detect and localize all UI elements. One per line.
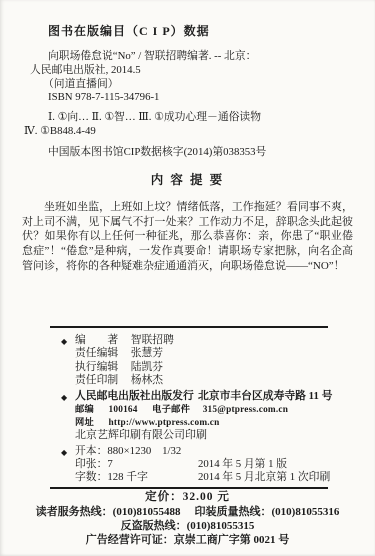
cip-header: 图书在版编目（C I P）数据 <box>48 22 210 39</box>
cip-class-line-2: Ⅳ. ①B848.4-49 <box>22 125 359 139</box>
author-value: 智联招聘 <box>131 334 174 346</box>
cip-class-line-1: Ⅰ. ①向… Ⅱ. ①智… Ⅲ. ①成功心理－通俗读物 <box>22 111 359 125</box>
colophon-box: ◆ 编 著 智联招聘 责任编辑 张慧芳 执行编辑 陆凯芬 责任印制 杨林杰 ◆ … <box>50 326 328 489</box>
diamond-bullet-icon: ◆ <box>61 335 67 348</box>
cip-series-line: （问道直播间） <box>22 78 359 92</box>
diamond-bullet-icon: ◆ <box>61 446 67 459</box>
colophon-row-sheets-edition: 印张：7 2014 年 5 月第 1 版 <box>50 458 328 471</box>
colophon-row-words-impression: 字数：128 千字 2014 年 5 月北京第 1 次印刷 <box>50 471 328 484</box>
impression-value: 2014 年 5 月北京第 1 次印刷 <box>198 471 330 484</box>
cip-title-line: 向职场倦怠说“No” / 智联招聘编著. -- 北京： <box>22 50 359 64</box>
price-line: 定价：32.00 元 <box>0 488 375 504</box>
print-supervisor-label: 责任印制 <box>75 374 119 387</box>
publisher-name: 人民邮电出版社出版发行 <box>75 390 194 402</box>
words-value: 字数：128 千字 <box>75 471 148 483</box>
website-label: 网址 <box>75 418 94 428</box>
cip-catalog-line: 中国版本图书馆CIP数据核字(2014)第038353号 <box>22 146 359 160</box>
cip-block: 向职场倦怠说“No” / 智联招聘编著. -- 北京： 人民邮电出版社, 201… <box>22 50 359 160</box>
edition-value: 2014 年 5 月第 1 版 <box>198 458 287 471</box>
colophon-row-printer: 北京艺辉印刷有限公司印刷 <box>50 429 328 443</box>
copyright-page: 图书在版编目（C I P）数据 向职场倦怠说“No” / 智联招聘编著. -- … <box>0 0 375 556</box>
advertising-license: 广告经营许可证：京崇工商广字第 0021 号 <box>0 531 375 547</box>
print-supervisor-value: 杨林杰 <box>131 374 163 386</box>
colophon-row-editor: 责任编辑 张慧芳 <box>50 347 328 360</box>
colophon-row-print-supervisor: 责任印制 杨林杰 <box>50 374 328 387</box>
exec-editor-value: 陆凯芬 <box>131 361 163 373</box>
colophon-row-format: ◆ 开本：880×1230 1/32 <box>50 445 328 459</box>
publisher-address: 北京市丰台区成寿寺路 11 号 <box>198 390 332 404</box>
exec-editor-label: 执行编辑 <box>75 361 119 374</box>
colophon-row-publisher: ◆ 人民邮电出版社出版发行 北京市丰台区成寿寺路 11 号 <box>50 390 328 404</box>
email-value: 315@ptpress.com.cn <box>203 405 288 415</box>
summary-title: 内 容 提 要 <box>0 170 375 188</box>
author-label: 编 著 <box>75 334 119 347</box>
cip-publisher-line: 人民邮电出版社, 2014.5 <box>22 64 359 78</box>
website-url: http://www.ptpress.com.cn <box>109 418 220 428</box>
diamond-bullet-icon: ◆ <box>61 391 67 404</box>
colophon-row-website: 网址 http://www.ptpress.com.cn <box>50 417 328 430</box>
postcode-label: 邮编 <box>75 405 94 415</box>
cip-isbn-line: ISBN 978-7-115-34796-1 <box>22 91 359 105</box>
postcode-value: 100164 <box>109 405 138 415</box>
colophon-row-author: ◆ 编 著 智联招聘 <box>50 334 328 347</box>
format-value: 开本：880×1230 1/32 <box>75 445 181 457</box>
editor-label: 责任编辑 <box>75 347 119 360</box>
summary-paragraph: 坐班如坐监，上班如上坟？情绪低落，工作拖延？看同事不爽，对上司不满，见下属气不打… <box>22 200 353 274</box>
colophon-row-postcode-email: 邮编 100164 电子邮件 315@ptpress.com.cn <box>50 404 328 417</box>
sheets-value: 印张：7 <box>75 458 113 470</box>
email-label: 电子邮件 <box>152 405 190 415</box>
colophon-row-exec-editor: 执行编辑 陆凯芬 <box>50 361 328 374</box>
editor-value: 张慧芳 <box>131 347 163 359</box>
